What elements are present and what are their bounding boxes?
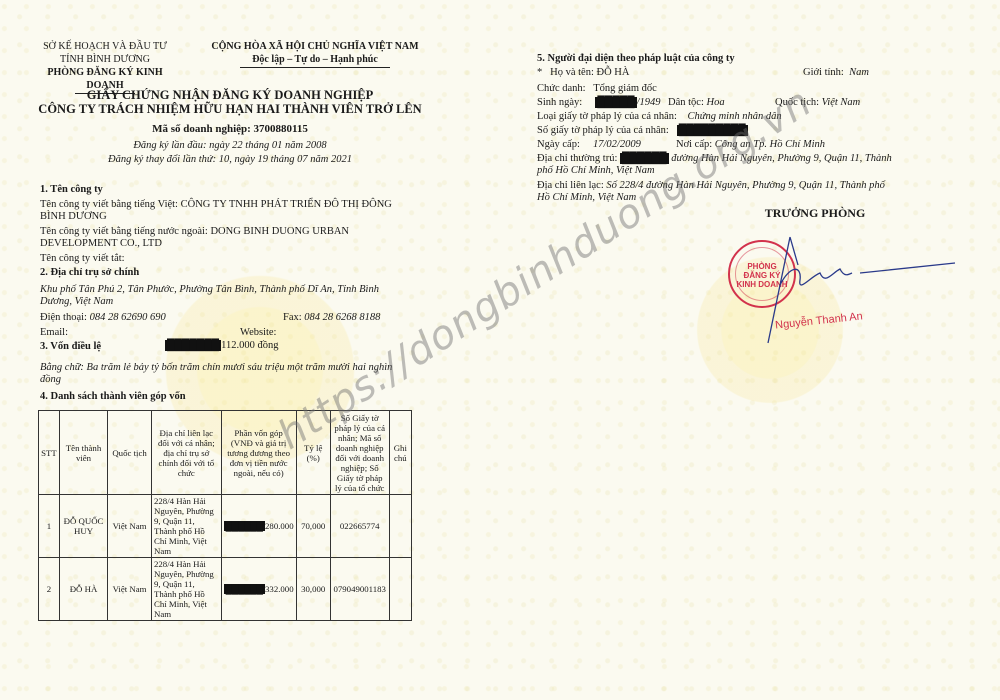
- email-label: Email:: [40, 327, 68, 339]
- row-note: [389, 558, 411, 621]
- id-type-label: Loại giấy tờ pháp lý của cá nhân:: [537, 111, 677, 122]
- rep-title-label: Chức danh:: [537, 83, 586, 94]
- row-capital: ██████332.000: [221, 558, 296, 621]
- rep-title-row: Chức danh: Tổng giám đốc: [537, 83, 657, 95]
- national-header: CỘNG HÒA XÃ HỘI CHỦ NGHĨA VIỆT NAM Độc l…: [210, 40, 420, 68]
- row-capital: ██████280.000: [221, 495, 296, 558]
- certificate-title: GIẤY CHỨNG NHẬN ĐĂNG KÝ DOANH NGHIỆP CÔN…: [30, 88, 430, 116]
- dob-label: Sinh ngày:: [537, 97, 582, 108]
- dob-redaction: █████: [595, 97, 636, 108]
- row-address: 228/4 Hàn Hải Nguyên, Phường 9, Quận 11,…: [152, 495, 222, 558]
- row-member-name: ĐỖ HÀ: [59, 558, 107, 621]
- agency-line-2: TỈNH BÌNH DƯƠNG: [30, 53, 180, 66]
- permanent-address-label: Địa chỉ thường trú:: [537, 153, 617, 164]
- section-1-heading: 1. Tên công ty: [40, 184, 103, 195]
- row-note: [389, 495, 411, 558]
- capital-redaction: ██████: [224, 521, 265, 531]
- capital-value: 332.000: [265, 584, 294, 594]
- motto-underline: [240, 67, 390, 68]
- viet-name-label: Tên công ty viết bằng tiếng Việt:: [40, 199, 178, 210]
- section-4-heading: 4. Danh sách thành viên góp vốn: [40, 391, 186, 402]
- ethnicity-value: Hoa: [707, 97, 725, 108]
- col-nationality: Quốc tịch: [108, 411, 152, 495]
- short-company-name: Tên công ty viết tắt:: [40, 253, 125, 265]
- business-code: Mã số doanh nghiệp: 3700880115: [30, 123, 430, 135]
- col-member-name: Tên thành viên: [59, 411, 107, 495]
- gender-label: Giới tính:: [803, 67, 844, 78]
- capital-redaction: ██████: [224, 584, 265, 594]
- phone-label: Điện thoại:: [40, 312, 87, 323]
- first-registration: Đăng ký lần đầu: ngày 22 tháng 01 năm 20…: [30, 140, 430, 151]
- row-member-name: ĐỖ QUỐC HUY: [59, 495, 107, 558]
- section-3-heading: 3. Vốn điều lệ: [40, 341, 101, 352]
- id-number-label: Số giấy tờ pháp lý của cá nhân:: [537, 125, 669, 136]
- capital-value: 112.000 đồng: [221, 340, 278, 351]
- rep-dob-row: Sinh ngày: █████/1949: [537, 97, 660, 109]
- row-ratio: 70,000: [296, 495, 330, 558]
- row-stt: 2: [39, 558, 60, 621]
- table-row: 1 ĐỖ QUỐC HUY Việt Nam 228/4 Hàn Hải Ngu…: [39, 495, 412, 558]
- viet-company-name: Tên công ty viết bằng tiếng Việt: CÔNG T…: [40, 199, 420, 223]
- issue-date-label: Ngày cấp:: [537, 139, 580, 150]
- col-stt: STT: [39, 411, 60, 495]
- rep-gender-row: Giới tính: Nam: [803, 67, 869, 79]
- agency-line-1: SỞ KẾ HOẠCH VÀ ĐẦU TƯ: [30, 40, 180, 53]
- signatory-role: TRƯỞNG PHÒNG: [700, 206, 930, 221]
- capital-value: 280.000: [265, 521, 294, 531]
- dob-value: /1949: [637, 97, 661, 108]
- contact-address-label: Địa chỉ liên lạc:: [537, 180, 604, 191]
- rep-issue-date-row: Ngày cấp: 17/02/2009: [537, 139, 641, 151]
- capital-redaction: ███████: [165, 340, 221, 351]
- head-office-address: Khu phố Tân Phú 2, Tân Phước, Phường Tân…: [40, 284, 410, 308]
- nationality-value: Việt Nam: [822, 97, 861, 108]
- row-stt: 1: [39, 495, 60, 558]
- row-address: 228/4 Hàn Hải Nguyên, Phường 9, Quận 11,…: [152, 558, 222, 621]
- row-nationality: Việt Nam: [108, 495, 152, 558]
- phone-row: Điện thoại: 084 28 62690 690: [40, 312, 166, 324]
- amendment-registration: Đăng ký thay đổi lần thứ: 10, ngày 19 th…: [30, 154, 430, 165]
- foreign-name-label: Tên công ty viết bằng tiếng nước ngoài:: [40, 226, 208, 237]
- section-2-heading: 2. Địa chỉ trụ sở chính: [40, 267, 139, 278]
- row-legal-doc: 022665774: [330, 495, 389, 558]
- title-line-1: GIẤY CHỨNG NHẬN ĐĂNG KÝ DOANH NGHIỆP: [30, 88, 430, 102]
- foreign-company-name: Tên công ty viết bằng tiếng nước ngoài: …: [40, 226, 420, 250]
- gender-value: Nam: [849, 67, 869, 78]
- permanent-address-redaction: ██████: [620, 153, 669, 164]
- rep-ethnicity-row: Dân tộc: Hoa: [668, 97, 725, 109]
- national-motto: Độc lập – Tự do – Hạnh phúc: [210, 53, 420, 66]
- members-table-header: STT Tên thành viên Quốc tịch Địa chỉ liê…: [39, 411, 412, 495]
- fax-value: 084 28 6268 8188: [304, 312, 380, 323]
- bullet-icon: *: [537, 67, 550, 78]
- rep-name-label: Họ và tên:: [550, 67, 594, 78]
- issue-date-value: 17/02/2009: [593, 139, 641, 150]
- rep-name-row: * Họ và tên: ĐỖ HÀ: [537, 67, 629, 79]
- ethnicity-label: Dân tộc:: [668, 97, 704, 108]
- title-line-2: CÔNG TY TRÁCH NHIỆM HỮU HẠN HAI THÀNH VI…: [30, 102, 430, 116]
- rep-name-value: ĐỖ HÀ: [597, 67, 630, 78]
- charter-capital: ███████112.000 đồng: [165, 340, 278, 352]
- issuing-agency: SỞ KẾ HOẠCH VÀ ĐẦU TƯ TỈNH BÌNH DƯƠNG PH…: [30, 40, 180, 94]
- fax-row: Fax: 084 28 6268 8188: [283, 312, 380, 324]
- members-table: STT Tên thành viên Quốc tịch Địa chỉ liê…: [38, 410, 412, 621]
- col-note: Ghi chú: [389, 411, 411, 495]
- nation-name: CỘNG HÒA XÃ HỘI CHỦ NGHĨA VIỆT NAM: [210, 40, 420, 53]
- fax-label: Fax:: [283, 312, 302, 323]
- row-nationality: Việt Nam: [108, 558, 152, 621]
- col-address: Địa chỉ liên lạc đối với cá nhân; địa ch…: [152, 411, 222, 495]
- website-label: Website:: [240, 327, 276, 339]
- row-legal-doc: 079049001183: [330, 558, 389, 621]
- phone-value: 084 28 62690 690: [90, 312, 166, 323]
- row-ratio: 30,000: [296, 558, 330, 621]
- section-5-heading: 5. Người đại diện theo pháp luật của côn…: [537, 53, 735, 64]
- table-row: 2 ĐỖ HÀ Việt Nam 228/4 Hàn Hải Nguyên, P…: [39, 558, 412, 621]
- rep-title-value: Tổng giám đốc: [593, 83, 657, 94]
